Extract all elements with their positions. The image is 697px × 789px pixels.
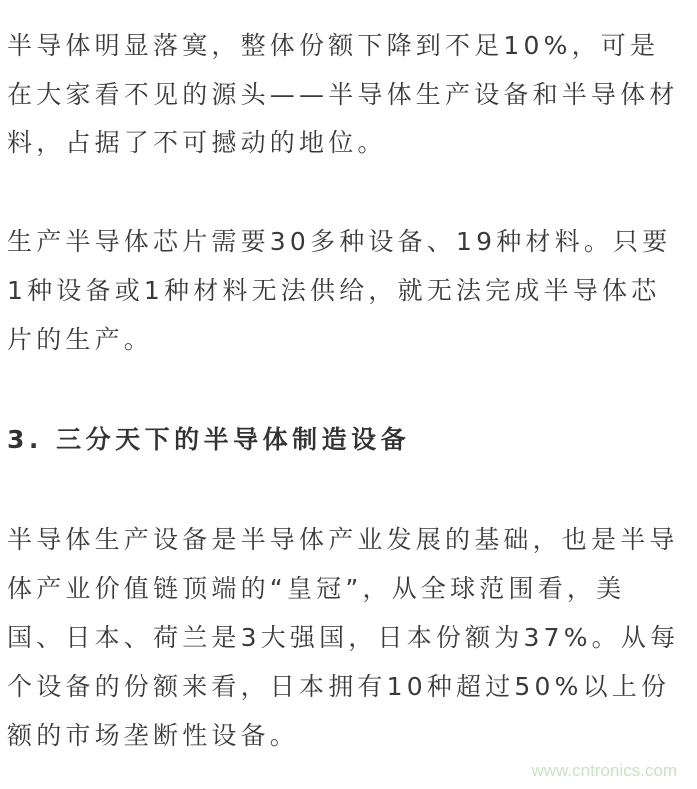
paragraph-line: 片的生产。: [7, 323, 697, 357]
paragraph-line: 生产半导体芯片需要30多种设备、19种材料。只要: [7, 225, 697, 259]
paragraph-line: 料，占据了不可撼动的地位。: [7, 126, 697, 160]
paragraph-line: 在大家看不见的源头——半导体生产设备和半导体材: [7, 78, 697, 112]
section-heading: 3. 三分天下的半导体制造设备: [7, 423, 697, 457]
paragraph-line: 个设备的份额来看，日本拥有10种超过50%以上份: [7, 670, 697, 704]
watermark: www.cntronics.com: [532, 761, 677, 781]
paragraph-line: 额的市场垄断性设备。: [7, 719, 697, 753]
paragraph-line: 半导体生产设备是半导体产业发展的基础，也是半导: [7, 523, 697, 557]
paragraph-line: 1种设备或1种材料无法供给，就无法完成半导体芯: [7, 274, 697, 308]
paragraph-line: 国、日本、荷兰是3大强国，日本份额为37%。从每: [7, 621, 697, 655]
paragraph-line: 体产业价值链顶端的“皇冠”，从全球范围看，美: [7, 572, 697, 606]
paragraph-line: 半导体明显落寞，整体份额下降到不足10%，可是: [7, 29, 697, 63]
